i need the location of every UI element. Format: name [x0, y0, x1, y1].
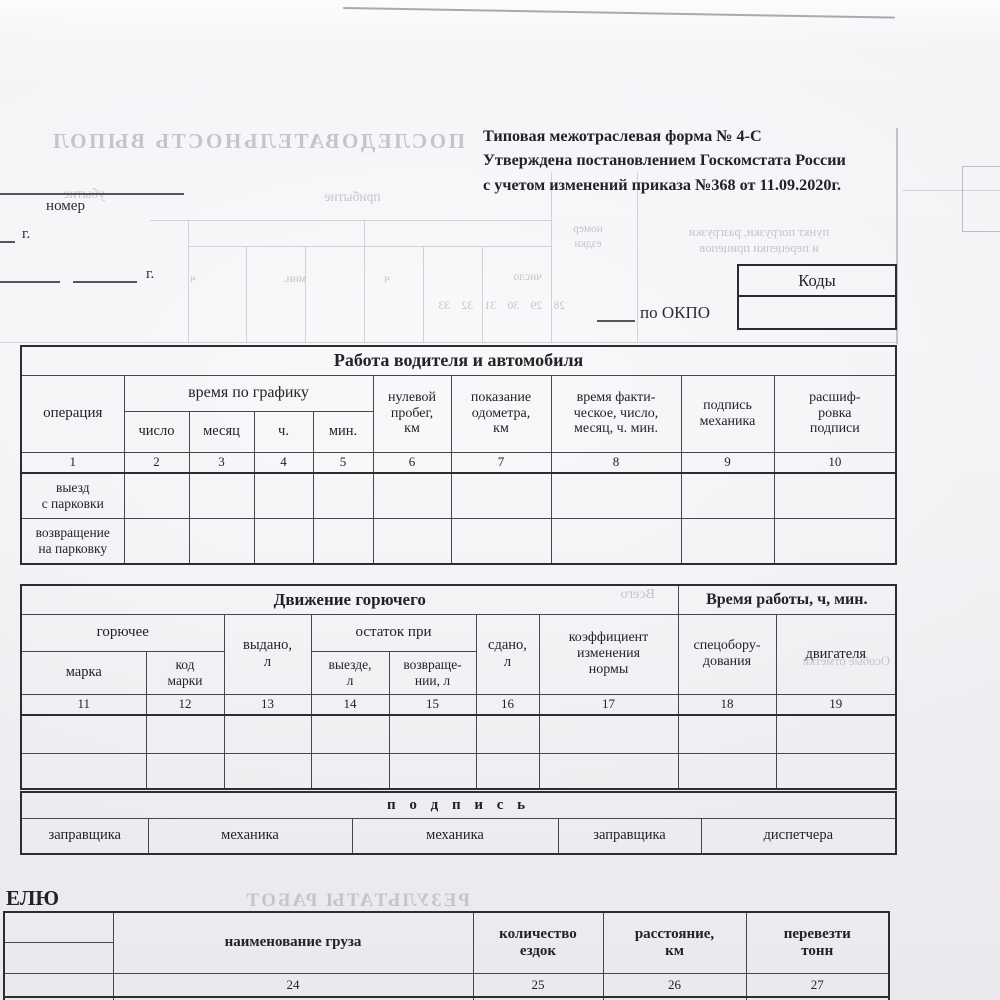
- empty-cell: [551, 518, 681, 564]
- empty-cell: [774, 473, 896, 518]
- col-number: 24: [113, 973, 473, 997]
- codes-caption: Коды: [739, 266, 895, 297]
- col-group-fuel: горючее: [21, 614, 224, 651]
- col-number: 7: [451, 452, 551, 473]
- col-header-day: число: [124, 411, 189, 452]
- col-number: 26: [603, 973, 746, 997]
- col-header-issued: выдано, л: [224, 614, 311, 694]
- col-number: 13: [224, 694, 311, 715]
- col-header-operation: операция: [21, 375, 124, 452]
- table-fuel-movement: Движение горючего Время работы, ч, мин. …: [20, 584, 897, 790]
- col-number: 4: [254, 452, 313, 473]
- ghost-grid-line: [246, 246, 247, 342]
- signature-cell-mechanic-1: механика: [148, 818, 352, 854]
- empty-cell: [681, 473, 774, 518]
- empty-cell: [776, 715, 896, 753]
- ghost-grid-line: [423, 246, 424, 342]
- col-number: 2: [124, 452, 189, 473]
- signature-title: п о д п и с ь: [21, 792, 896, 818]
- date-line-1: [0, 281, 60, 283]
- date-line-2: [73, 281, 137, 283]
- ghost-grid-line: [551, 172, 552, 342]
- empty-cell: [451, 473, 551, 518]
- col-header-zero-run: нулевой пробег, км: [373, 375, 451, 452]
- empty-cell: [476, 753, 539, 789]
- empty-cell: [254, 473, 313, 518]
- empty-cell: [21, 715, 146, 753]
- empty-cell: [373, 473, 451, 518]
- col-number: 17: [539, 694, 678, 715]
- ghost-grid-line: [188, 220, 189, 342]
- ghost-load-point-label: пункт погрузки, разгрузки и перецепки пр…: [628, 224, 890, 257]
- col-number: 25: [473, 973, 603, 997]
- cargo-left-cut-cell: [4, 912, 113, 973]
- number-caption: номер: [18, 198, 113, 215]
- empty-cell: [124, 473, 189, 518]
- signature-cell-refueller-2: заправщика: [558, 818, 701, 854]
- col-number: 5: [313, 452, 373, 473]
- col-header-month: месяц: [189, 411, 254, 452]
- col-number: 9: [681, 452, 774, 473]
- ghost-grid-line: [188, 246, 551, 247]
- empty-cell: [678, 753, 776, 789]
- empty-cell: [451, 518, 551, 564]
- col-number: 27: [746, 973, 889, 997]
- col-header-cargo-name: наименование груза: [113, 912, 473, 973]
- col-header-norm-coefficient: коэффициент изменения нормы: [539, 614, 678, 694]
- row-label-departure-parking: выезд с парковки: [21, 473, 124, 518]
- empty-cell: [681, 518, 774, 564]
- col-group-schedule-time: время по графику: [124, 375, 373, 411]
- table-work-title: Работа водителя и автомобиля: [21, 346, 896, 375]
- empty-cell: [313, 473, 373, 518]
- empty-cell: [539, 753, 678, 789]
- empty-cell: [146, 715, 224, 753]
- empty-cell: [224, 753, 311, 789]
- col-number: 1: [21, 452, 124, 473]
- col-header-distance: расстояние, км: [603, 912, 746, 973]
- ghost-min-label: мин.: [266, 272, 306, 287]
- col-group-remainder: остаток при: [311, 614, 476, 651]
- form-amendment-line: с учетом изменений приказа №368 от 11.09…: [483, 173, 903, 197]
- form-type-line: Типовая межотраслевая форма № 4-С: [483, 124, 903, 148]
- empty-cell: [21, 753, 146, 789]
- table-fuel-title: Движение горючего: [21, 585, 678, 614]
- empty-cell: [539, 715, 678, 753]
- table-worktime-title: Время работы, ч, мин.: [678, 585, 896, 614]
- cell-divider-line: [5, 942, 113, 944]
- col-number: 3: [189, 452, 254, 473]
- empty-cell: [189, 473, 254, 518]
- empty-cell: [189, 518, 254, 564]
- table-driver-vehicle-work: Работа водителя и автомобиля операция вр…: [20, 345, 897, 565]
- table-cargo: наименование груза количество ездок расс…: [3, 911, 890, 1000]
- empty-cell: [313, 518, 373, 564]
- col-header-brand: марка: [21, 651, 146, 694]
- ghost-grid-line: [305, 246, 306, 342]
- okpo-caption: по ОКПО: [640, 303, 710, 323]
- col-header-special-equipment: спецобору- дования: [678, 614, 776, 694]
- empty-cell: [774, 518, 896, 564]
- col-header-hour: ч.: [254, 411, 313, 452]
- empty-cell: [124, 518, 189, 564]
- row-label-return-parking: возвращение на парковку: [21, 518, 124, 564]
- col-header-rest-departure: выезде, л: [311, 651, 389, 694]
- empty-cell: [146, 753, 224, 789]
- ghost-number-label: число: [482, 270, 542, 285]
- col-number: 10: [774, 452, 896, 473]
- scanned-form-page: ПОСЛЕДОВАТЕЛЬНОСТЬ ВЫПОЛ убытие прибытие…: [0, 0, 1000, 1000]
- empty-cell: [254, 518, 313, 564]
- ghost-hours-label-1: ч: [172, 272, 196, 287]
- empty-cell: [311, 715, 389, 753]
- codes-box: Коды: [737, 264, 897, 330]
- empty-cell: [224, 715, 311, 753]
- year-suffix-short: г.: [22, 226, 30, 243]
- adjacent-page-box-fragment: [962, 166, 1000, 232]
- signature-cell-refueller-1: заправщика: [21, 818, 148, 854]
- col-number: 11: [21, 694, 146, 715]
- document-number-line: [0, 193, 184, 195]
- ghost-grid-line: [637, 172, 638, 342]
- col-header-odometer: показание одометра, км: [451, 375, 551, 452]
- col-number: 15: [389, 694, 476, 715]
- ghost-reverse-title: ПОСЛЕДОВАТЕЛЬНОСТЬ ВЫПОЛ: [0, 128, 465, 155]
- year-suffix-long: г.: [146, 266, 154, 283]
- ghost-arrival-label: прибытие: [285, 188, 420, 206]
- empty-cell: [678, 715, 776, 753]
- empty-cell: [373, 518, 451, 564]
- col-number: 8: [551, 452, 681, 473]
- empty-cell: [776, 753, 896, 789]
- ghost-trip-number-label: номер ездки: [553, 222, 623, 252]
- ghost-grid-line: [150, 220, 551, 221]
- okpo-blank-line: [597, 320, 635, 322]
- empty-cell: [389, 715, 476, 753]
- col-header-signature-decode: расшиф- ровка подписи: [774, 375, 896, 452]
- ghost-hours-label-2: ч: [366, 272, 390, 287]
- col-header-brand-code: код марки: [146, 651, 224, 694]
- empty-cell: [4, 973, 113, 997]
- ghost-grid-line: [364, 220, 365, 342]
- ghost-grid-line: [0, 342, 897, 343]
- empty-cell: [389, 753, 476, 789]
- col-header-trip-count: количество ездок: [473, 912, 603, 973]
- col-number: 18: [678, 694, 776, 715]
- signature-cell-dispatcher: диспетчера: [701, 818, 896, 854]
- scan-edge-line: [343, 7, 895, 19]
- ghost-results-title: РЕЗУЛЬТАТЫ РАБОТ: [85, 889, 470, 914]
- col-number: 16: [476, 694, 539, 715]
- col-number: 6: [373, 452, 451, 473]
- form-approved-line: Утверждена постановлением Госкомстата Ро…: [483, 148, 903, 172]
- signature-cell-mechanic-2: механика: [352, 818, 558, 854]
- col-header-rest-return: возвраще- нии, л: [389, 651, 476, 694]
- table-signatures: п о д п и с ь заправщика механика механи…: [20, 791, 897, 855]
- form-approval-header: Типовая межотраслевая форма № 4-С Утверж…: [483, 124, 903, 197]
- col-header-tons: перевезти тонн: [746, 912, 889, 973]
- ghost-numbers-row: 28 29 30 31 32 33: [165, 299, 565, 314]
- col-header-minute: мин.: [313, 411, 373, 452]
- cut-word-fragment: ЕЛЮ: [6, 886, 59, 911]
- year-line-short: [0, 241, 15, 243]
- col-header-returned: сдано, л: [476, 614, 539, 694]
- col-header-actual-time: время факти- ческое, число, месяц, ч. ми…: [551, 375, 681, 452]
- col-number: 19: [776, 694, 896, 715]
- empty-cell: [476, 715, 539, 753]
- empty-cell: [311, 753, 389, 789]
- col-header-mechanic-signature: подпись механика: [681, 375, 774, 452]
- col-number: 12: [146, 694, 224, 715]
- col-number: 14: [311, 694, 389, 715]
- col-header-engine: двигателя: [776, 614, 896, 694]
- ghost-grid-line: [482, 246, 483, 342]
- empty-cell: [551, 473, 681, 518]
